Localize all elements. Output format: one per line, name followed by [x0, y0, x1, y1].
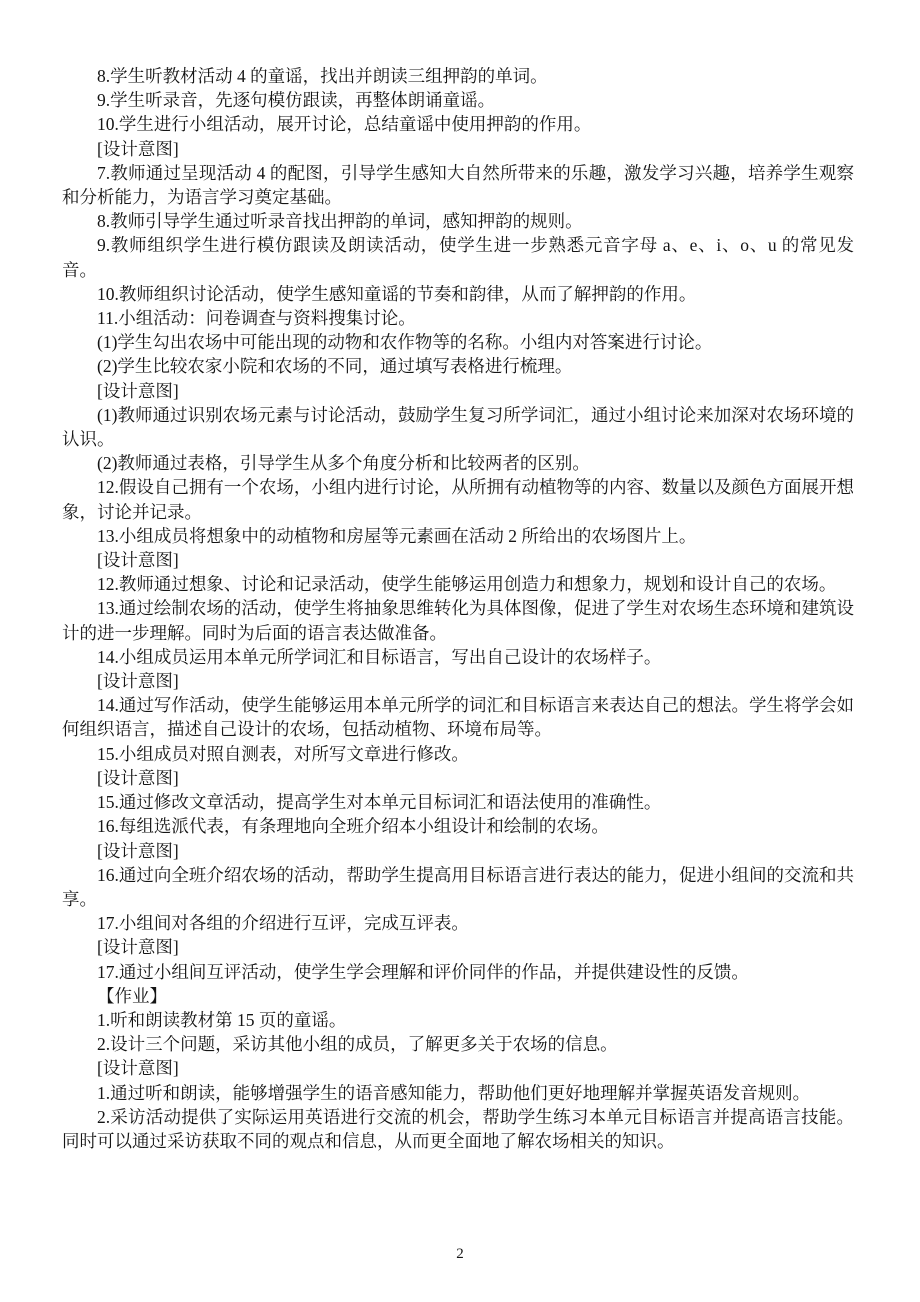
paragraph: [设计意图]: [62, 669, 854, 693]
paragraph: 12.假设自己拥有一个农场，小组内进行讨论，从所拥有动植物等的内容、数量以及颜色…: [62, 475, 854, 523]
paragraph: [设计意图]: [62, 379, 854, 403]
paragraph: 【作业】: [62, 984, 854, 1008]
paragraph: [设计意图]: [62, 137, 854, 161]
paragraph: 14.通过写作活动，使学生能够运用本单元所学的词汇和目标语言来表达自己的想法。学…: [62, 693, 854, 741]
paragraph: 17.通过小组间互评活动，使学生学会理解和评价同伴的作品，并提供建设性的反馈。: [62, 960, 854, 984]
paragraph: 2.设计三个问题，采访其他小组的成员，了解更多关于农场的信息。: [62, 1032, 854, 1056]
paragraph: 2.采访活动提供了实际运用英语进行交流的机会，帮助学生练习本单元目标语言并提高语…: [62, 1105, 854, 1153]
paragraph: 11.小组活动：问卷调查与资料搜集讨论。: [62, 306, 854, 330]
paragraph: 13.通过绘制农场的活动，使学生将抽象思维转化为具体图像，促进了学生对农场生态环…: [62, 596, 854, 644]
paragraph: [设计意图]: [62, 1056, 854, 1080]
paragraph: 7.教师通过呈现活动 4 的配图，引导学生感知大自然所带来的乐趣，激发学习兴趣，…: [62, 161, 854, 209]
paragraph: 16.每组选派代表，有条理地向全班介绍本小组设计和绘制的农场。: [62, 814, 854, 838]
paragraph: 16.通过向全班介绍农场的活动，帮助学生提高用目标语言进行表达的能力，促进小组间…: [62, 863, 854, 911]
paragraph: 9.学生听录音，先逐句模仿跟读，再整体朗诵童谣。: [62, 88, 854, 112]
paragraph: 13.小组成员将想象中的动植物和房屋等元素画在活动 2 所给出的农场图片上。: [62, 524, 854, 548]
paragraph: (1)教师通过识别农场元素与讨论活动，鼓励学生复习所学词汇，通过小组讨论来加深对…: [62, 403, 854, 451]
paragraph: 10.教师组织讨论活动，使学生感知童谣的节奏和韵律，从而了解押韵的作用。: [62, 282, 854, 306]
document-page: 8.学生听教材活动 4 的童谣，找出并朗读三组押韵的单词。9.学生听录音，先逐句…: [0, 0, 920, 1302]
paragraph: (2)教师通过表格，引导学生从多个角度分析和比较两者的区别。: [62, 451, 854, 475]
paragraph: [设计意图]: [62, 935, 854, 959]
page-number: 2: [0, 1246, 920, 1263]
paragraph: 10.学生进行小组活动，展开讨论，总结童谣中使用押韵的作用。: [62, 112, 854, 136]
paragraph: 15.小组成员对照自测表，对所写文章进行修改。: [62, 742, 854, 766]
paragraph: (2)学生比较农家小院和农场的不同，通过填写表格进行梳理。: [62, 354, 854, 378]
paragraph: 17.小组间对各组的介绍进行互评，完成互评表。: [62, 911, 854, 935]
paragraph: 14.小组成员运用本单元所学词汇和目标语言，写出自己设计的农场样子。: [62, 645, 854, 669]
paragraph: 9.教师组织学生进行模仿跟读及朗读活动，使学生进一步熟悉元音字母 a、e、i、o…: [62, 233, 854, 281]
paragraph: 1.通过听和朗读，能够增强学生的语音感知能力，帮助他们更好地理解并掌握英语发音规…: [62, 1081, 854, 1105]
paragraph: 1.听和朗读教材第 15 页的童谣。: [62, 1008, 854, 1032]
paragraph: [设计意图]: [62, 839, 854, 863]
paragraph: 15.通过修改文章活动，提高学生对本单元目标词汇和语法使用的准确性。: [62, 790, 854, 814]
paragraph: 8.学生听教材活动 4 的童谣，找出并朗读三组押韵的单词。: [62, 64, 854, 88]
paragraph: (1)学生勾出农场中可能出现的动物和农作物等的名称。小组内对答案进行讨论。: [62, 330, 854, 354]
document-body: 8.学生听教材活动 4 的童谣，找出并朗读三组押韵的单词。9.学生听录音，先逐句…: [62, 64, 854, 1153]
paragraph: [设计意图]: [62, 766, 854, 790]
paragraph: 12.教师通过想象、讨论和记录活动，使学生能够运用创造力和想象力，规划和设计自己…: [62, 572, 854, 596]
paragraph: [设计意图]: [62, 548, 854, 572]
paragraph: 8.教师引导学生通过听录音找出押韵的单词，感知押韵的规则。: [62, 209, 854, 233]
